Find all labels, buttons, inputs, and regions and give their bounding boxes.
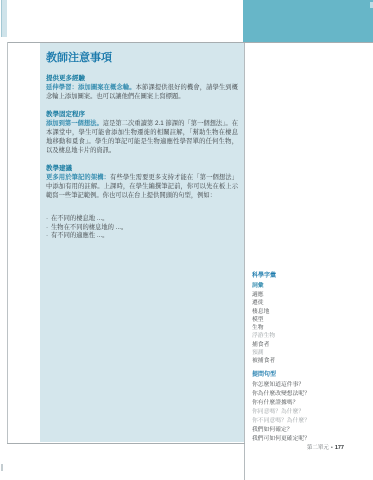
vocabulary-subtitle: 詞彙	[252, 282, 364, 290]
science-vocabulary-panel: 科學字彙 詞彙 適應 遷徙 棲息地 模型 生物 浮游生物 捕食者 預測 被捕食者	[252, 272, 364, 366]
header-color-block	[243, 0, 373, 42]
vocabulary-word: 適應	[252, 291, 364, 299]
notes-section: 教學建議 更多用於筆記的架構：有些學生需要更多支持才能在「第一個想法」中添加有用…	[46, 164, 238, 200]
list-item: · 有不同的適應性 ...。	[46, 232, 238, 240]
bullet-text: 有不同的適應性 ...。	[51, 232, 108, 240]
question-stem: 你同意嗎？為什麼？	[252, 408, 370, 417]
vocabulary-list: 適應 遷徙 棲息地 模型 生物 浮游生物 捕食者 預測 被捕食者	[252, 291, 364, 366]
bullet-text: 生物在不同的棲息地的 ...。	[51, 224, 127, 232]
section-lead: 延伸學習：添加圖案在概念輪。	[46, 84, 136, 91]
vocabulary-title: 科學字彙	[252, 272, 364, 280]
section-paragraph: 延伸學習：添加圖案在概念輪。本節課提供很好的機會，請學生到概念輪上添加圖案。也可…	[46, 84, 238, 101]
page: 教師注意事項 提供更多經驗 延伸學習：添加圖案在概念輪。本節課提供很好的機會，請…	[0, 0, 373, 480]
section-paragraph: 添加到第一個想法。這是第二次重讀第 2.1 節課的「第一個想法」。在本課堂中，學…	[46, 120, 238, 155]
page-footer: 第二單元•177	[244, 444, 344, 452]
vocabulary-word: 模型	[252, 316, 364, 324]
vocabulary-word: 棲息地	[252, 308, 364, 316]
notes-section: 提供更多經驗 延伸學習：添加圖案在概念輪。本節課提供很好的機會，請學生到概念輪上…	[46, 74, 238, 101]
teacher-notes-box: 教師注意事項 提供更多經驗 延伸學習：添加圖案在概念輪。本節課提供很好的機會，請…	[40, 43, 244, 442]
question-stem: 你怎麼知道這件事？	[252, 381, 370, 390]
section-heading: 教學固定程序	[46, 110, 238, 119]
question-stems-list: 你怎麼知道這件事？ 你為什麼改變想法呢？ 你有什麼證據嗎？ 你同意嗎？為什麼？ …	[252, 381, 370, 444]
question-stems-title: 提問句型	[252, 371, 370, 379]
section-lead: 添加到第一個想法。	[46, 120, 103, 127]
vocabulary-word: 生物	[252, 324, 364, 332]
vocabulary-word: 浮游生物	[252, 332, 364, 340]
page-number: 177	[335, 445, 344, 451]
section-heading: 提供更多經驗	[46, 74, 238, 83]
bottom-rule	[7, 443, 245, 444]
bullet-text: 在不同的棲息地 ...。	[51, 215, 108, 223]
crop-mark	[1, 464, 3, 471]
list-item: · 生物在不同的棲息地的 ...。	[46, 224, 238, 232]
vocabulary-word: 遷徙	[252, 299, 364, 307]
notes-section: 教學固定程序 添加到第一個想法。這是第二次重讀第 2.1 節課的「第一個想法」。…	[46, 110, 238, 155]
question-stem: 我們可如何更確定呢？	[252, 435, 370, 444]
notes-title: 教師注意事項	[46, 51, 238, 65]
section-paragraph: 更多用於筆記的架構：有些學生需要更多支持才能在「第一個想法」中添加有用的註解。上…	[46, 174, 238, 200]
unit-label: 第二單元	[307, 445, 329, 451]
notes-sections: 提供更多經驗 延伸學習：添加圖案在概念輪。本節課提供很好的機會，請學生到概念輪上…	[46, 74, 238, 200]
question-stem: 你不同意嗎？為什麼？	[252, 417, 370, 426]
vocabulary-word: 預測	[252, 349, 364, 357]
question-stem: 你為什麼改變想法呢？	[252, 390, 370, 399]
question-stems-panel: 提問句型 你怎麼知道這件事？ 你為什麼改變想法呢？ 你有什麼證據嗎？ 你同意嗎？…	[252, 371, 370, 444]
left-rule	[7, 42, 8, 443]
sidebar-divider-rule	[244, 43, 245, 480]
vocabulary-word: 捕食者	[252, 341, 364, 349]
question-stem: 我們如何確定？	[252, 426, 370, 435]
section-lead: 更多用於筆記的架構：	[46, 174, 110, 181]
list-item: · 在不同的棲息地 ...。	[46, 215, 238, 223]
footer-separator: •	[331, 445, 333, 451]
page-edge-strip	[1, 0, 7, 37]
sentence-starter-list: · 在不同的棲息地 ...。 · 生物在不同的棲息地的 ...。 · 有不同的適…	[46, 215, 238, 240]
vocabulary-word: 被捕食者	[252, 357, 364, 365]
section-heading: 教學建議	[46, 164, 238, 173]
question-stem: 你有什麼證據嗎？	[252, 399, 370, 408]
